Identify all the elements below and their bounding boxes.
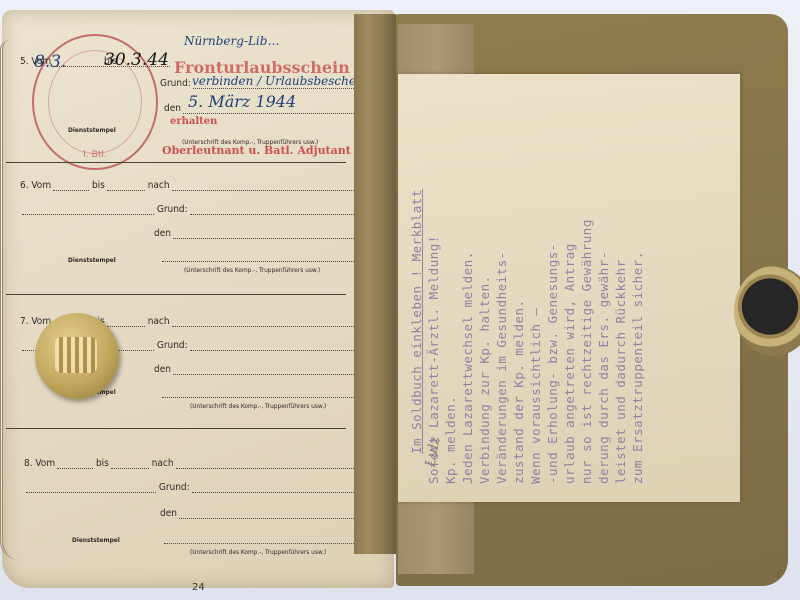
- typed-line: leistet und dadurch Rückkehr: [613, 259, 628, 484]
- grund-label: Grund:: [160, 78, 191, 89]
- stamp-label: Dienststempel: [68, 256, 116, 264]
- den-label: den: [160, 508, 177, 519]
- typed-insert-sheet: Lulz Im Soldbuch einkleben ! MerkblattSo…: [398, 74, 740, 502]
- signature-caption: (Unterschrift des Komp.-, Truppenführers…: [190, 402, 326, 410]
- spine-tape: [354, 14, 396, 554]
- page-number: 24: [192, 582, 205, 593]
- typed-line: zustand der Kp. melden.: [511, 299, 526, 484]
- typed-line: zum Ersatztruppenteil sicher.: [630, 251, 645, 484]
- typed-line: derung durch das Ers. gewähr-: [596, 251, 611, 484]
- typed-line: Verbindung zur Kp. halten.: [477, 275, 492, 484]
- page-edges: [0, 40, 19, 560]
- stamp-label: Dienststempel: [68, 126, 116, 134]
- signature-caption: (Unterschrift des Komp.-, Truppenführers…: [184, 266, 320, 274]
- handwritten-vom: 8.3.: [34, 52, 66, 72]
- bis-label: bis: [92, 180, 105, 191]
- grund-label: Grund:: [157, 340, 188, 351]
- typed-line: Veränderungen im Gesundheits-: [494, 251, 509, 484]
- typed-text: Im Soldbuch einkleben ! MerkblattSofort …: [408, 84, 646, 484]
- nach-label: nach: [152, 458, 174, 469]
- grund-label: Grund:: [157, 204, 188, 215]
- typed-line: urlaub angetreten wird, Antrag: [562, 243, 577, 484]
- divider: [6, 428, 346, 429]
- handwritten-date: 5. März 1944: [188, 92, 296, 111]
- grund-label: Grund:: [159, 482, 190, 493]
- left-page: I. Btl. 5. Vom bis Grund: den (Unterschr…: [2, 10, 394, 588]
- handwritten-nach: Nürnberg-Lib…: [184, 34, 279, 48]
- typed-line: Sofort Lazarett-Ärztl. Meldung!: [426, 235, 441, 484]
- typed-line: -und Erholung- bzw. Genesungs-: [545, 243, 560, 484]
- typed-line: nur so ist rechtzeitige Gewährung: [579, 219, 594, 484]
- brandenburg-gate-icon: [55, 337, 97, 373]
- bis-label: bis: [96, 458, 109, 469]
- den-label: den: [154, 228, 171, 239]
- twenty-cent-coin: [35, 313, 119, 399]
- handwritten-bis: 30.3.44: [104, 50, 169, 70]
- stamp-unit: I. Btl.: [34, 150, 156, 160]
- section-number: 8. Vom: [24, 458, 55, 469]
- signature-caption: (Unterschrift des Komp.-, Truppenführers…: [190, 548, 326, 556]
- red-stamp-received: erhalten: [170, 116, 217, 127]
- officer-signature-stamp: Oberleutnant u. Batl. Adjutant: [162, 144, 351, 157]
- typed-line: Wenn voraussichtlich —: [528, 307, 543, 484]
- insert-title: Im Soldbuch einkleben ! Merkblatt: [408, 84, 425, 484]
- nach-label: nach: [148, 316, 170, 327]
- stamp-label: Dienststempel: [72, 536, 120, 544]
- divider: [6, 162, 346, 163]
- den-label: den: [164, 103, 181, 114]
- red-stamp-frontleave: Frontur­laubs­schein: [174, 58, 350, 77]
- nach-label: nach: [148, 180, 170, 191]
- den-label: den: [154, 364, 171, 375]
- divider: [6, 294, 346, 295]
- typed-line: Jeden Lazarettwechsel melden.: [460, 251, 475, 484]
- section-number: 6. Vom: [20, 180, 51, 191]
- typed-line: Kp. melden.: [443, 396, 458, 484]
